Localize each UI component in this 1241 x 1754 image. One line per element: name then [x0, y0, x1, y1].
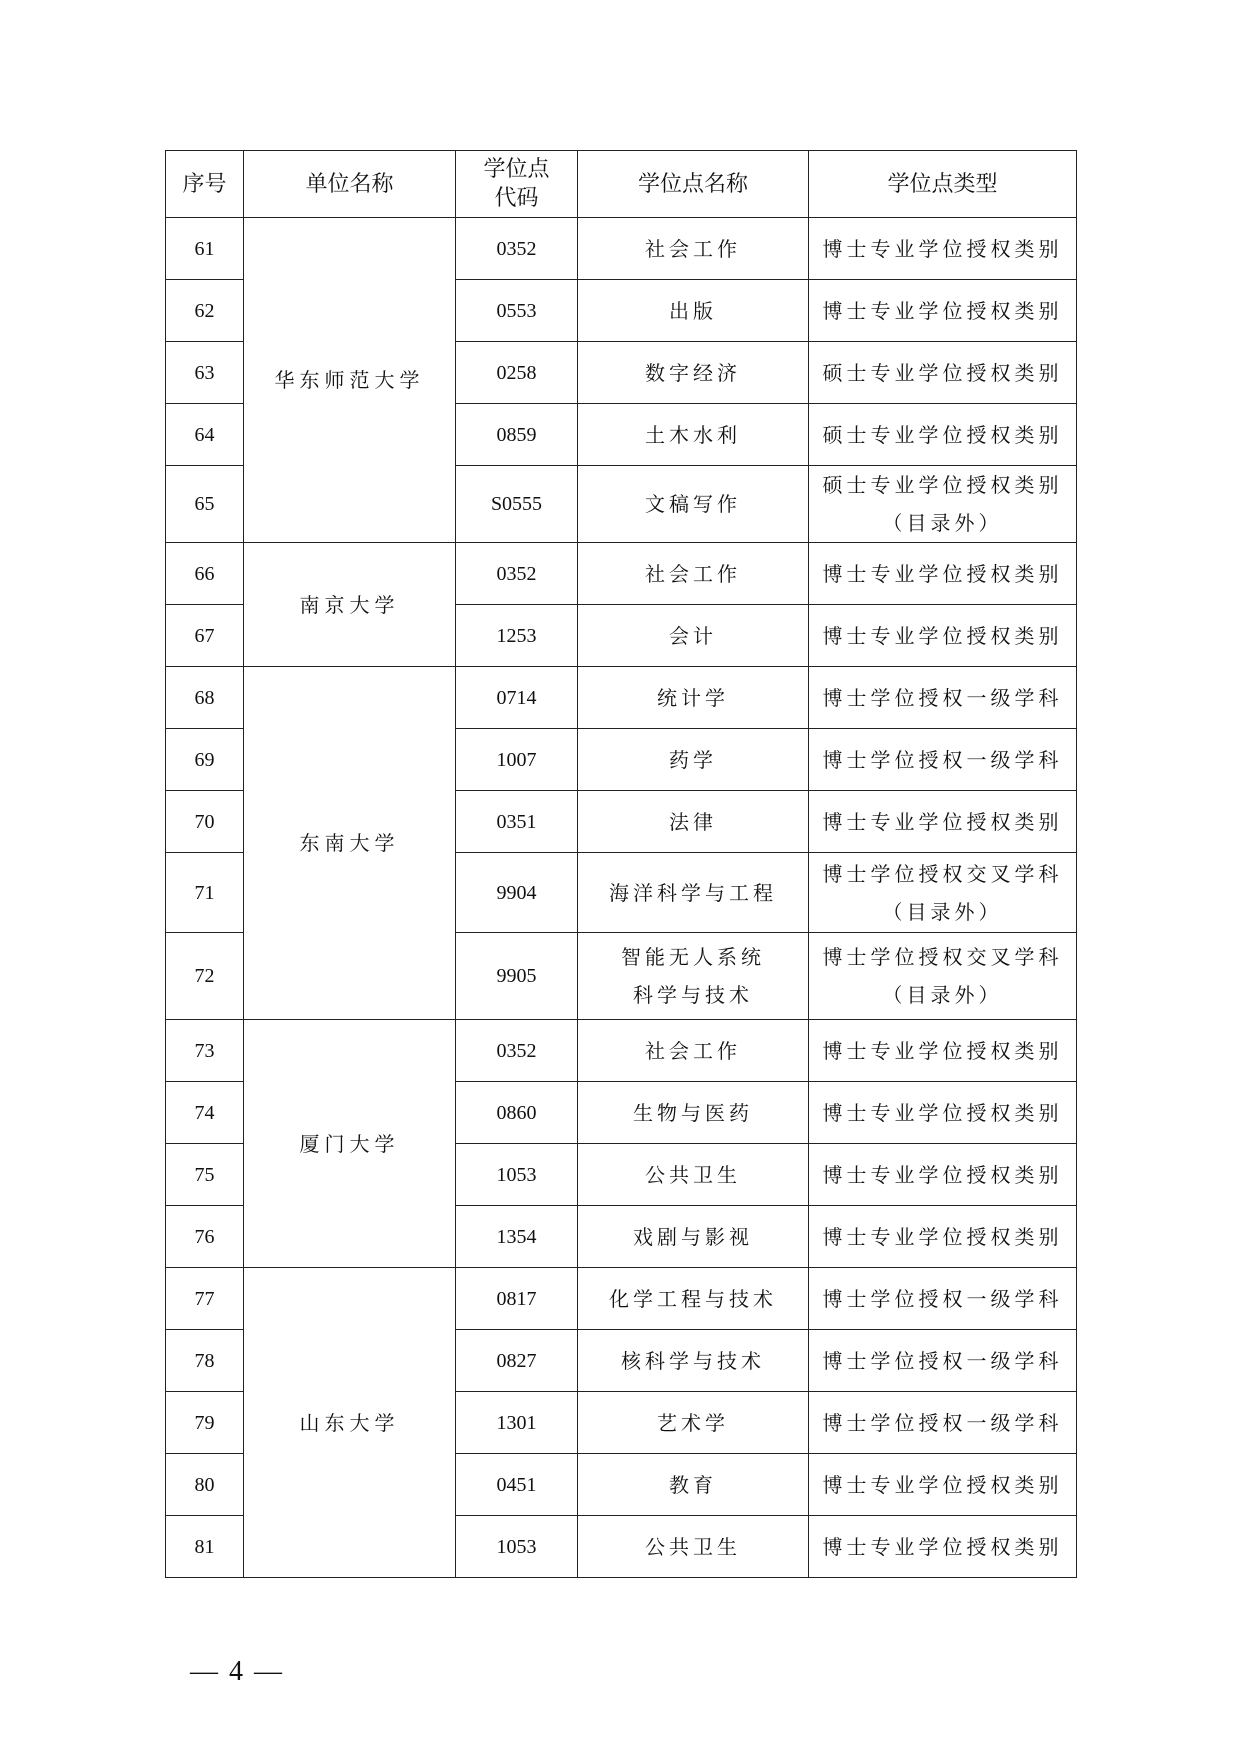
- cell-seq: 78: [166, 1330, 244, 1392]
- header-name: 学位点名称: [578, 151, 809, 218]
- cell-unit-name: 南京大学: [244, 543, 456, 667]
- cell-seq: 69: [166, 729, 244, 791]
- cell-code: 0352: [456, 1020, 578, 1082]
- degree-type-line: 博士学位授权一级学科: [813, 741, 1072, 779]
- degree-name-line: 智能无人系统: [582, 938, 804, 976]
- cell-degree-name: 海洋科学与工程: [578, 853, 809, 933]
- cell-degree-type: 博士专业学位授权类别: [809, 218, 1077, 280]
- cell-seq: 70: [166, 791, 244, 853]
- degree-type-line: 博士学位授权交叉学科: [813, 855, 1072, 893]
- cell-degree-name: 出版: [578, 280, 809, 342]
- table-row: 77山东大学0817化学工程与技术博士学位授权一级学科: [166, 1268, 1077, 1330]
- table-row: 68东南大学0714统计学博士学位授权一级学科: [166, 667, 1077, 729]
- cell-degree-type: 博士专业学位授权类别: [809, 280, 1077, 342]
- cell-code: 0351: [456, 791, 578, 853]
- cell-degree-name: 公共卫生: [578, 1144, 809, 1206]
- cell-degree-name: 公共卫生: [578, 1516, 809, 1578]
- degree-name-line: 数字经济: [582, 354, 804, 392]
- cell-code: 0553: [456, 280, 578, 342]
- cell-seq: 62: [166, 280, 244, 342]
- cell-code: 0258: [456, 342, 578, 404]
- cell-degree-type: 博士学位授权一级学科: [809, 729, 1077, 791]
- cell-seq: 81: [166, 1516, 244, 1578]
- cell-degree-type: 博士专业学位授权类别: [809, 1516, 1077, 1578]
- cell-degree-type: 硕士专业学位授权类别（目录外）: [809, 466, 1077, 543]
- degree-type-line: 博士专业学位授权类别: [813, 1156, 1072, 1194]
- cell-unit-name: 厦门大学: [244, 1020, 456, 1268]
- cell-degree-name: 化学工程与技术: [578, 1268, 809, 1330]
- degree-name-line: 土木水利: [582, 416, 804, 454]
- degree-name-line: 法律: [582, 803, 804, 841]
- header-code-line1: 学位点: [460, 155, 573, 184]
- cell-code: 0859: [456, 404, 578, 466]
- degree-name-line: 社会工作: [582, 555, 804, 593]
- cell-seq: 74: [166, 1082, 244, 1144]
- cell-code: 1053: [456, 1144, 578, 1206]
- page-number: — 4 —: [190, 1656, 284, 1688]
- cell-degree-name: 土木水利: [578, 404, 809, 466]
- degree-name-line: 社会工作: [582, 230, 804, 268]
- cell-seq: 75: [166, 1144, 244, 1206]
- cell-code: 0352: [456, 543, 578, 605]
- degree-name-line: 海洋科学与工程: [582, 874, 804, 912]
- degree-type-line: 博士学位授权交叉学科: [813, 938, 1072, 976]
- cell-seq: 80: [166, 1454, 244, 1516]
- degree-name-line: 科学与技术: [582, 976, 804, 1014]
- cell-seq: 63: [166, 342, 244, 404]
- cell-code: 9904: [456, 853, 578, 933]
- degree-name-line: 生物与医药: [582, 1094, 804, 1132]
- table-header-row: 序号 单位名称 学位点 代码 学位点名称 学位点类型: [166, 151, 1077, 218]
- cell-degree-type: 博士学位授权交叉学科（目录外）: [809, 933, 1077, 1020]
- cell-degree-type: 博士专业学位授权类别: [809, 1144, 1077, 1206]
- cell-seq: 66: [166, 543, 244, 605]
- degree-type-line: （目录外）: [813, 893, 1072, 931]
- degree-name-line: 社会工作: [582, 1032, 804, 1070]
- header-code-line2: 代码: [460, 184, 573, 213]
- degree-name-line: 艺术学: [582, 1404, 804, 1442]
- cell-degree-name: 智能无人系统科学与技术: [578, 933, 809, 1020]
- degree-name-line: 出版: [582, 292, 804, 330]
- cell-degree-type: 博士专业学位授权类别: [809, 543, 1077, 605]
- cell-seq: 79: [166, 1392, 244, 1454]
- degree-type-line: 博士专业学位授权类别: [813, 230, 1072, 268]
- degree-name-line: 戏剧与影视: [582, 1218, 804, 1256]
- degree-name-line: 化学工程与技术: [582, 1280, 804, 1318]
- cell-degree-type: 博士学位授权一级学科: [809, 1392, 1077, 1454]
- cell-code: 0352: [456, 218, 578, 280]
- cell-degree-name: 社会工作: [578, 218, 809, 280]
- cell-unit-name: 东南大学: [244, 667, 456, 1020]
- document-page: 序号 单位名称 学位点 代码 学位点名称 学位点类型 61华东师范大学0352社…: [0, 0, 1241, 1754]
- degree-name-line: 会计: [582, 617, 804, 655]
- degree-type-line: 硕士专业学位授权类别: [813, 354, 1072, 392]
- cell-degree-name: 药学: [578, 729, 809, 791]
- degree-type-line: 博士专业学位授权类别: [813, 617, 1072, 655]
- cell-code: 1007: [456, 729, 578, 791]
- degree-type-line: 博士专业学位授权类别: [813, 1466, 1072, 1504]
- cell-seq: 76: [166, 1206, 244, 1268]
- degree-name-line: 文稿写作: [582, 485, 804, 523]
- cell-code: 0714: [456, 667, 578, 729]
- cell-seq: 72: [166, 933, 244, 1020]
- header-unit: 单位名称: [244, 151, 456, 218]
- cell-degree-type: 博士专业学位授权类别: [809, 1206, 1077, 1268]
- header-seq: 序号: [166, 151, 244, 218]
- cell-degree-type: 博士学位授权一级学科: [809, 667, 1077, 729]
- cell-code: 0817: [456, 1268, 578, 1330]
- degree-type-line: 博士专业学位授权类别: [813, 1528, 1072, 1566]
- cell-code: 0451: [456, 1454, 578, 1516]
- cell-code: S0555: [456, 466, 578, 543]
- cell-seq: 68: [166, 667, 244, 729]
- degree-type-line: （目录外）: [813, 504, 1072, 542]
- degree-name-line: 统计学: [582, 679, 804, 717]
- cell-degree-type: 博士专业学位授权类别: [809, 605, 1077, 667]
- cell-code: 1354: [456, 1206, 578, 1268]
- cell-code: 0860: [456, 1082, 578, 1144]
- degree-name-line: 公共卫生: [582, 1156, 804, 1194]
- table-row: 73厦门大学0352社会工作博士专业学位授权类别: [166, 1020, 1077, 1082]
- cell-seq: 71: [166, 853, 244, 933]
- table-row: 66南京大学0352社会工作博士专业学位授权类别: [166, 543, 1077, 605]
- cell-degree-name: 数字经济: [578, 342, 809, 404]
- degree-name-line: 药学: [582, 741, 804, 779]
- cell-code: 1253: [456, 605, 578, 667]
- cell-code: 0827: [456, 1330, 578, 1392]
- cell-degree-type: 硕士专业学位授权类别: [809, 404, 1077, 466]
- degree-type-line: 博士专业学位授权类别: [813, 803, 1072, 841]
- degree-type-line: 博士专业学位授权类别: [813, 555, 1072, 593]
- cell-degree-name: 会计: [578, 605, 809, 667]
- cell-degree-type: 博士专业学位授权类别: [809, 1454, 1077, 1516]
- header-code: 学位点 代码: [456, 151, 578, 218]
- degree-type-line: 硕士专业学位授权类别: [813, 466, 1072, 504]
- cell-seq: 77: [166, 1268, 244, 1330]
- cell-degree-name: 社会工作: [578, 1020, 809, 1082]
- cell-code: 1053: [456, 1516, 578, 1578]
- degree-type-line: 博士专业学位授权类别: [813, 1032, 1072, 1070]
- table-row: 61华东师范大学0352社会工作博士专业学位授权类别: [166, 218, 1077, 280]
- degree-type-line: 博士学位授权一级学科: [813, 1280, 1072, 1318]
- degree-name-line: 核科学与技术: [582, 1342, 804, 1380]
- degree-type-line: 博士专业学位授权类别: [813, 292, 1072, 330]
- cell-degree-name: 社会工作: [578, 543, 809, 605]
- cell-degree-type: 博士专业学位授权类别: [809, 1020, 1077, 1082]
- cell-unit-name: 华东师范大学: [244, 218, 456, 543]
- cell-code: 1301: [456, 1392, 578, 1454]
- cell-seq: 67: [166, 605, 244, 667]
- cell-seq: 64: [166, 404, 244, 466]
- cell-degree-type: 博士专业学位授权类别: [809, 1082, 1077, 1144]
- cell-degree-name: 生物与医药: [578, 1082, 809, 1144]
- cell-degree-type: 博士学位授权一级学科: [809, 1330, 1077, 1392]
- degree-type-line: 博士学位授权一级学科: [813, 1404, 1072, 1442]
- header-type: 学位点类型: [809, 151, 1077, 218]
- cell-degree-type: 博士学位授权交叉学科（目录外）: [809, 853, 1077, 933]
- cell-degree-name: 教育: [578, 1454, 809, 1516]
- cell-degree-name: 统计学: [578, 667, 809, 729]
- cell-seq: 61: [166, 218, 244, 280]
- degree-name-line: 教育: [582, 1466, 804, 1504]
- cell-unit-name: 山东大学: [244, 1268, 456, 1578]
- degree-name-line: 公共卫生: [582, 1528, 804, 1566]
- cell-degree-name: 法律: [578, 791, 809, 853]
- degree-type-line: 博士学位授权一级学科: [813, 679, 1072, 717]
- degree-type-line: 硕士专业学位授权类别: [813, 416, 1072, 454]
- cell-degree-name: 核科学与技术: [578, 1330, 809, 1392]
- cell-degree-type: 博士学位授权一级学科: [809, 1268, 1077, 1330]
- cell-degree-type: 博士专业学位授权类别: [809, 791, 1077, 853]
- degree-type-line: 博士专业学位授权类别: [813, 1094, 1072, 1132]
- cell-code: 9905: [456, 933, 578, 1020]
- cell-degree-name: 戏剧与影视: [578, 1206, 809, 1268]
- cell-degree-name: 艺术学: [578, 1392, 809, 1454]
- degree-authorization-table: 序号 单位名称 学位点 代码 学位点名称 学位点类型 61华东师范大学0352社…: [165, 150, 1077, 1578]
- cell-seq: 65: [166, 466, 244, 543]
- degree-type-line: 博士学位授权一级学科: [813, 1342, 1072, 1380]
- degree-type-line: 博士专业学位授权类别: [813, 1218, 1072, 1256]
- cell-degree-name: 文稿写作: [578, 466, 809, 543]
- cell-degree-type: 硕士专业学位授权类别: [809, 342, 1077, 404]
- cell-seq: 73: [166, 1020, 244, 1082]
- degree-type-line: （目录外）: [813, 976, 1072, 1014]
- table-body: 61华东师范大学0352社会工作博士专业学位授权类别620553出版博士专业学位…: [166, 218, 1077, 1578]
